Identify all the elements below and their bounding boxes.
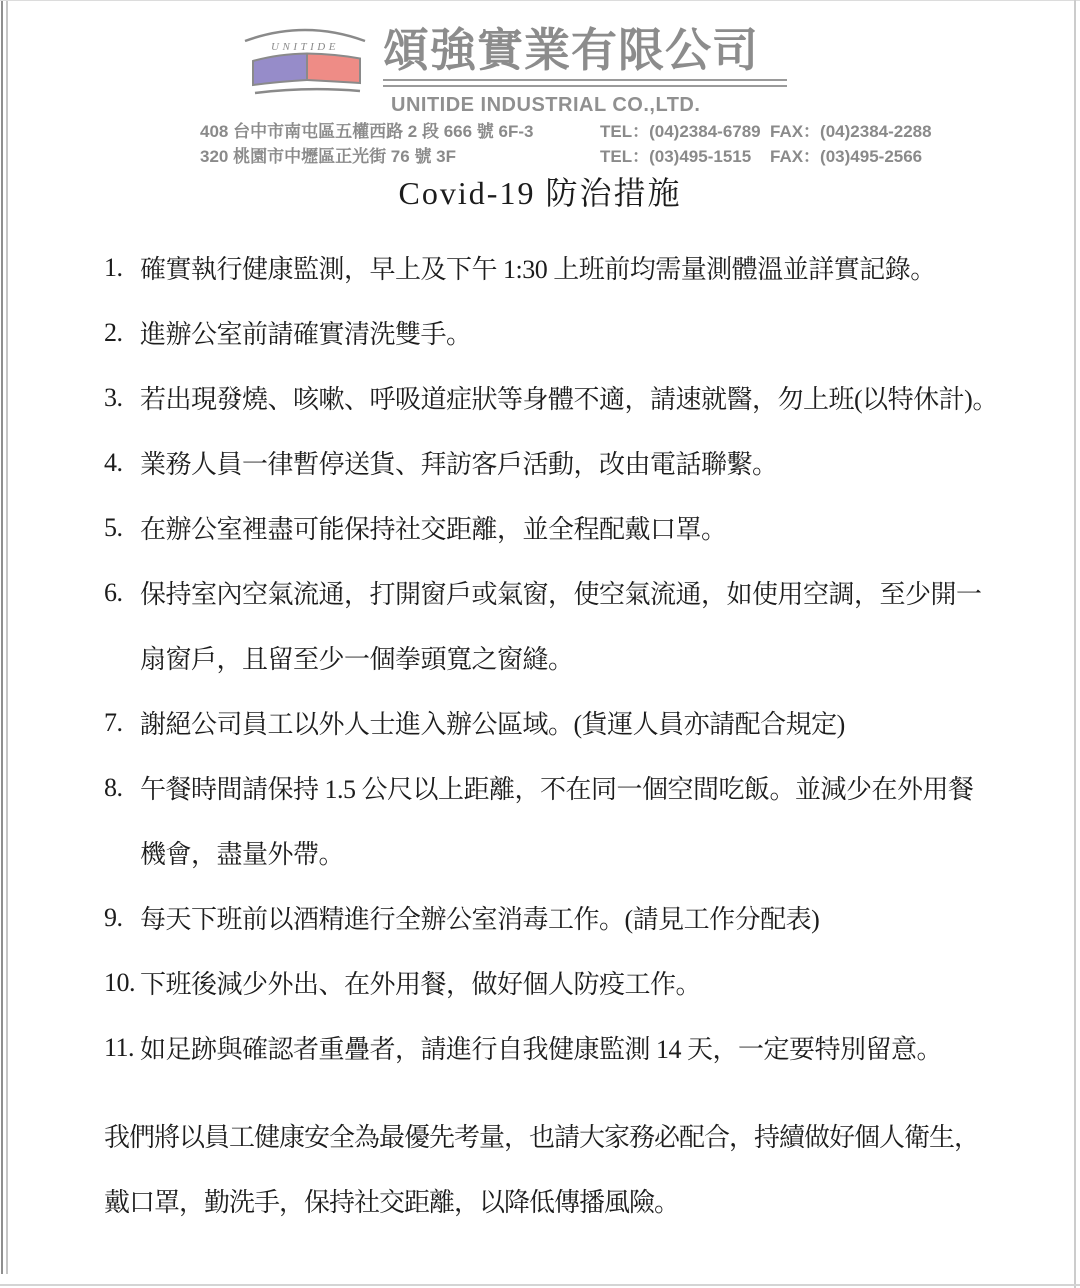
item-text: 謝絕公司員工以外人士進入辦公區域。(貨運人員亦請配合規定) — [140, 704, 845, 741]
item-number: 1. — [104, 253, 140, 283]
list-item: 11. 如足跡與確認者重疊者，請進行自我健康監測 14 天，一定要特別留意。 — [104, 1015, 1080, 1080]
item-text: 下班後減少外出、在外用餐，做好個人防疫工作。 — [140, 964, 701, 1001]
list-item-continuation: 扇窗戶，且留至少一個拳頭寬之窗縫。 — [104, 625, 1080, 690]
document-page: UNITIDE 頌強實業有限公司 UNITIDE INDUSTRIAL CO.,… — [0, 0, 1080, 1288]
item-number: 6. — [104, 578, 140, 608]
item-text: 若出現發燒、咳嗽、呼吸道症狀等身體不適，請速就醫，勿上班(以特休計)。 — [140, 379, 998, 416]
item-text: 進辦公室前請確實清洗雙手。 — [140, 314, 472, 351]
item-text: 午餐時間請保持 1.5 公尺以上距離，不在同一個空間吃飯。並減少在外用餐 — [140, 769, 974, 806]
item-text: 確實執行健康監測，早上及下午 1:30 上班前均需量測體溫並詳實記錄。 — [140, 249, 936, 286]
closing-line: 我們將以員工健康安全為最優先考量，也請大家務必配合，持續做好個人衛生， — [104, 1103, 1080, 1168]
item-number: 5. — [104, 513, 140, 543]
item-number: 4. — [104, 448, 140, 478]
item-number: 7. — [104, 708, 140, 738]
list-item: 9. 每天下班前以酒精進行全辦公室消毒工作。(請見工作分配表) — [104, 885, 1080, 950]
item-number: 2. — [104, 318, 140, 348]
notice-body: Covid-19 防治措施 1. 確實執行健康監測，早上及下午 1:30 上班前… — [0, 0, 1080, 1233]
list-item: 5. 在辦公室裡盡可能保持社交距離，並全程配戴口罩。 — [104, 495, 1080, 560]
list-item: 3. 若出現發燒、咳嗽、呼吸道症狀等身體不適，請速就醫，勿上班(以特休計)。 — [104, 365, 1080, 430]
item-text: 機會，盡量外帶。 — [140, 834, 344, 871]
page-bottom-edge — [0, 1284, 1080, 1286]
item-text: 扇窗戶，且留至少一個拳頭寬之窗縫。 — [140, 639, 574, 676]
item-text: 保持室內空氣流通，打開窗戶或氣窗，使空氣流通，如使用空調，至少開一 — [140, 574, 982, 611]
item-number: 8. — [104, 773, 140, 803]
item-number: 10. — [104, 968, 140, 998]
closing-line: 戴口罩，勤洗手，保持社交距離，以降低傳播風險。 — [104, 1168, 1080, 1233]
closing-paragraph: 我們將以員工健康安全為最優先考量，也請大家務必配合，持續做好個人衛生， 戴口罩，… — [0, 1103, 1080, 1233]
list-item: 8. 午餐時間請保持 1.5 公尺以上距離，不在同一個空間吃飯。並減少在外用餐 — [104, 755, 1080, 820]
list-item: 4. 業務人員一律暫停送貨、拜訪客戶活動，改由電話聯繫。 — [104, 430, 1080, 495]
measures-list: 1. 確實執行健康監測，早上及下午 1:30 上班前均需量測體溫並詳實記錄。 2… — [0, 235, 1080, 1080]
list-item: 7. 謝絕公司員工以外人士進入辦公區域。(貨運人員亦請配合規定) — [104, 690, 1080, 755]
item-text: 如足跡與確認者重疊者，請進行自我健康監測 14 天，一定要特別留意。 — [140, 1029, 942, 1066]
list-item: 2. 進辦公室前請確實清洗雙手。 — [104, 300, 1080, 365]
list-item-continuation: 機會，盡量外帶。 — [104, 820, 1080, 885]
page-title: Covid-19 防治措施 — [0, 172, 1080, 214]
item-text: 在辦公室裡盡可能保持社交距離，並全程配戴口罩。 — [140, 509, 727, 546]
item-number: 3. — [104, 383, 140, 413]
item-number: 9. — [104, 903, 140, 933]
list-item: 10. 下班後減少外出、在外用餐，做好個人防疫工作。 — [104, 950, 1080, 1015]
list-item: 6. 保持室內空氣流通，打開窗戶或氣窗，使空氣流通，如使用空調，至少開一 — [104, 560, 1080, 625]
list-item: 1. 確實執行健康監測，早上及下午 1:30 上班前均需量測體溫並詳實記錄。 — [104, 235, 1080, 300]
item-text: 業務人員一律暫停送貨、拜訪客戶活動，改由電話聯繫。 — [140, 444, 778, 481]
item-number: 11. — [104, 1033, 140, 1063]
item-text: 每天下班前以酒精進行全辦公室消毒工作。(請見工作分配表) — [140, 899, 819, 936]
